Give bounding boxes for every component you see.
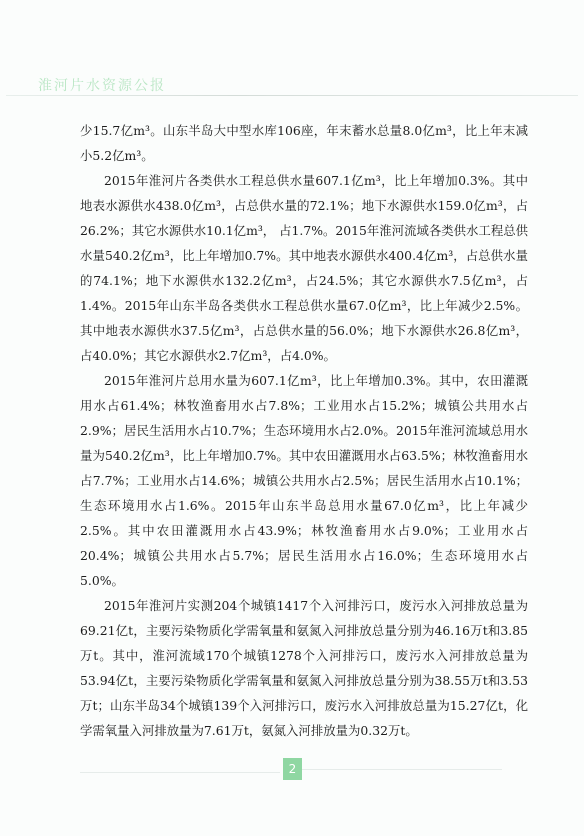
paragraph-wastewater: 2015年淮河片实测204个城镇1417个入河排污口，废污水入河排放总量为69.… [80,593,528,743]
page-header: 淮河片水资源公报 [0,0,584,100]
page-footer: 2 [0,745,584,775]
paragraph-reservoir-continued: 少15.7亿m³。山东半岛大中型水库106座，年末蓄水总量8.0亿m³，比上年末… [80,118,528,168]
footer-divider-left [80,772,280,773]
body-text: 少15.7亿m³。山东半岛大中型水库106座，年末蓄水总量8.0亿m³，比上年末… [80,118,528,743]
publication-title: 淮河片水资源公报 [38,75,166,95]
header-divider [6,95,578,96]
paragraph-water-supply: 2015年淮河片各类供水工程总供水量607.1亿m³，比上年增加0.3%。其中地… [80,168,528,368]
footer-divider-right [302,769,502,770]
page-number: 2 [283,758,302,780]
paragraph-water-use: 2015年淮河片总用水量为607.1亿m³，比上年增加0.3%。其中，农田灌溉用… [80,368,528,593]
